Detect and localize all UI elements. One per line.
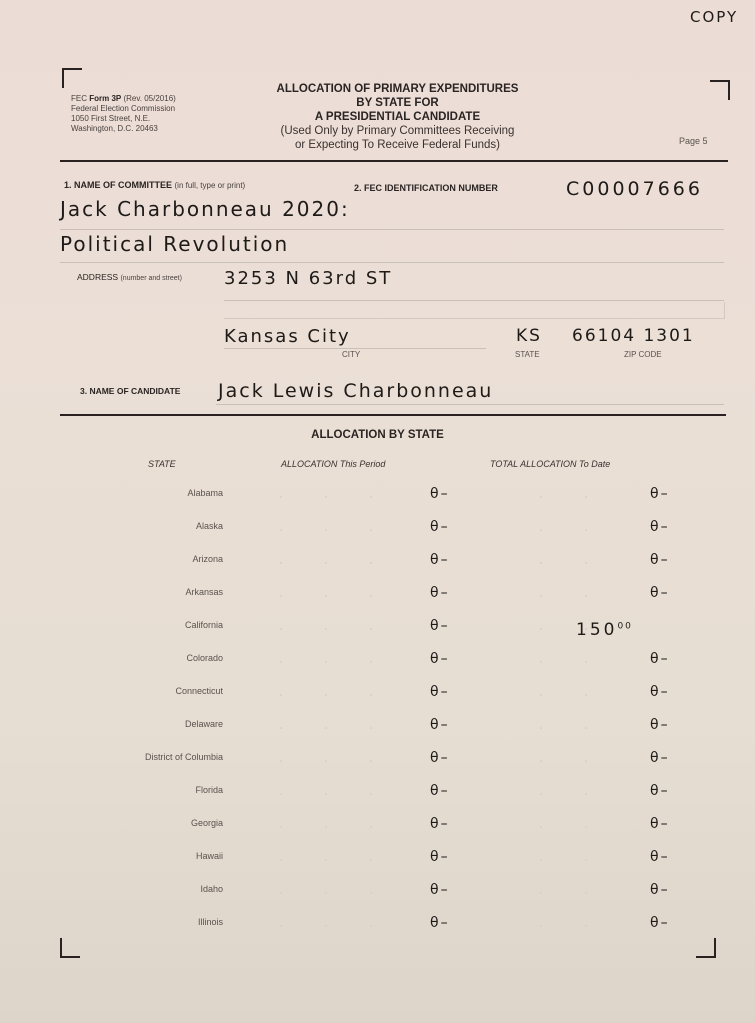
table-row: Coloradoθ–θ– (0, 653, 755, 686)
leader-dot (280, 496, 282, 498)
state-name: District of Columbia (145, 752, 223, 762)
total-allocation-to-date-field[interactable]: θ– (650, 717, 670, 733)
address-line-2-field[interactable] (224, 302, 725, 319)
leader-dot (325, 826, 327, 828)
leader-dot (325, 925, 327, 927)
leader-dot (585, 595, 587, 597)
table-row: Delawareθ–θ– (0, 719, 755, 752)
allocation-this-period-field[interactable]: θ– (430, 849, 450, 865)
total-allocation-to-date-field[interactable]: θ– (650, 882, 670, 898)
leader-dot (370, 826, 372, 828)
state-name: Idaho (200, 884, 223, 894)
title-line-1: ALLOCATION OF PRIMARY EXPENDITURES (240, 82, 555, 96)
form-identification: FEC Form 3P (Rev. 05/2016) Federal Elect… (71, 94, 176, 134)
leader-dot (540, 892, 542, 894)
form-agency: Federal Election Commission (71, 104, 176, 114)
leader-dot (370, 892, 372, 894)
table-row: Georgiaθ–θ– (0, 818, 755, 851)
state-name: Hawaii (196, 851, 223, 861)
leader-dot (370, 727, 372, 729)
allocation-this-period-field[interactable]: θ– (430, 651, 450, 667)
leader-dot (540, 859, 542, 861)
leader-dot (540, 694, 542, 696)
leader-dot (585, 562, 587, 564)
table-row: Hawaiiθ–θ– (0, 851, 755, 884)
title-line-4: (Used Only by Primary Committees Receivi… (240, 124, 555, 138)
leader-dot (280, 694, 282, 696)
leader-dot (325, 694, 327, 696)
state-name: Arizona (192, 554, 223, 564)
corner-mark-top-left (62, 68, 82, 88)
committee-name-field-line-1[interactable]: Jack Charbonneau 2020: (60, 197, 350, 221)
leader-dot (370, 859, 372, 861)
table-row: Floridaθ–θ– (0, 785, 755, 818)
total-allocation-to-date-field[interactable]: θ– (650, 651, 670, 667)
state-field[interactable]: KS (516, 326, 542, 346)
leader-dot (280, 529, 282, 531)
state-name: Alaska (196, 521, 223, 531)
leader-dot (585, 859, 587, 861)
leader-dot (280, 595, 282, 597)
leader-dot (280, 760, 282, 762)
leader-dot (540, 826, 542, 828)
leader-dot (280, 859, 282, 861)
address-rule (224, 300, 724, 301)
form-street: 1050 First Street, N.E. (71, 114, 176, 124)
allocation-this-period-field[interactable]: θ– (430, 882, 450, 898)
column-header-state: STATE (148, 459, 176, 469)
total-allocation-to-date-field[interactable]: θ– (650, 552, 670, 568)
leader-dot (370, 496, 372, 498)
leader-dot (540, 595, 542, 597)
leader-dot (585, 760, 587, 762)
section-divider (60, 414, 726, 416)
table-row: Connecticutθ–θ– (0, 686, 755, 719)
table-row: District of Columbiaθ–θ– (0, 752, 755, 785)
form-title: ALLOCATION OF PRIMARY EXPENDITURES BY ST… (240, 82, 555, 152)
leader-dot (370, 925, 372, 927)
leader-dot (585, 826, 587, 828)
leader-dot (585, 727, 587, 729)
state-name: California (185, 620, 223, 630)
column-header-total-allocation-to-date: TOTAL ALLOCATION To Date (490, 459, 610, 469)
total-allocation-to-date-field[interactable]: 15000 (576, 620, 633, 640)
form-name: Form 3P (89, 94, 121, 103)
table-row: Arkansasθ–θ– (0, 587, 755, 620)
leader-dot (325, 892, 327, 894)
city-label: CITY (342, 350, 360, 359)
allocation-this-period-field[interactable]: θ– (430, 915, 450, 931)
leader-dot (280, 925, 282, 927)
total-allocation-to-date-field[interactable]: θ– (650, 783, 670, 799)
table-row: Arizonaθ–θ– (0, 554, 755, 587)
city-field[interactable]: Kansas City (224, 326, 351, 347)
leader-dot (325, 661, 327, 663)
leader-dot (280, 661, 282, 663)
leader-dot (540, 628, 542, 630)
candidate-rule (216, 404, 724, 405)
leader-dot (325, 727, 327, 729)
committee-line-1-rule (60, 229, 724, 230)
leader-dot (585, 496, 587, 498)
leader-dot (540, 760, 542, 762)
column-header-allocation-this-period: ALLOCATION This Period (281, 459, 385, 469)
leader-dot (540, 727, 542, 729)
leader-dot (370, 628, 372, 630)
title-line-5: or Expecting To Receive Federal Funds) (240, 138, 555, 152)
header-divider (60, 160, 728, 162)
state-name: Florida (195, 785, 223, 795)
copy-mark: COPY (690, 8, 738, 26)
allocation-this-period-field[interactable]: θ– (430, 750, 450, 766)
form-revision: (Rev. 05/2016) (123, 94, 175, 103)
state-label: STATE (515, 350, 540, 359)
address-field[interactable]: 3253 N 63rd ST (224, 268, 392, 289)
leader-dot (540, 496, 542, 498)
leader-dot (280, 892, 282, 894)
total-allocation-to-date-field[interactable]: θ– (650, 816, 670, 832)
committee-name-field-line-2[interactable]: Political Revolution (60, 232, 289, 256)
committee-line-2-rule (60, 262, 724, 263)
total-allocation-to-date-field[interactable]: θ– (650, 585, 670, 601)
fec-id-field[interactable]: C00007666 (566, 178, 703, 200)
state-name: Georgia (191, 818, 223, 828)
leader-dot (280, 562, 282, 564)
leader-dot (370, 529, 372, 531)
leader-dot (585, 529, 587, 531)
state-name: Delaware (185, 719, 223, 729)
leader-dot (280, 628, 282, 630)
leader-dot (585, 694, 587, 696)
candidate-name-field[interactable]: Jack Lewis Charbonneau (218, 380, 493, 402)
state-name: Illinois (198, 917, 223, 927)
table-row: Idahoθ–θ– (0, 884, 755, 917)
state-name: Connecticut (175, 686, 223, 696)
page-number: Page 5 (679, 136, 708, 146)
leader-dot (280, 826, 282, 828)
total-allocation-to-date-field[interactable]: θ– (650, 750, 670, 766)
state-name: Colorado (186, 653, 223, 663)
leader-dot (280, 727, 282, 729)
total-allocation-to-date-field[interactable]: θ– (650, 849, 670, 865)
leader-dot (370, 661, 372, 663)
leader-dot (585, 793, 587, 795)
leader-dot (540, 661, 542, 663)
allocation-this-period-field[interactable]: θ– (430, 783, 450, 799)
leader-dot (585, 661, 587, 663)
leader-dot (540, 793, 542, 795)
total-allocation-to-date-field[interactable]: θ– (650, 684, 670, 700)
allocation-this-period-field[interactable]: θ– (430, 486, 450, 502)
allocation-this-period-field[interactable]: θ– (430, 552, 450, 568)
candidate-name-label: 3. NAME OF CANDIDATE (80, 386, 180, 396)
leader-dot (325, 793, 327, 795)
total-allocation-to-date-field[interactable]: θ– (650, 915, 670, 931)
table-row: Californiaθ–15000 (0, 620, 755, 653)
corner-mark-top-right (710, 80, 730, 100)
leader-dot (585, 925, 587, 927)
leader-dot (325, 760, 327, 762)
leader-dot (370, 562, 372, 564)
zip-code-label: ZIP CODE (624, 350, 662, 359)
leader-dot (325, 529, 327, 531)
leader-dot (325, 628, 327, 630)
city-rule (224, 348, 486, 349)
title-line-3: A PRESIDENTIAL CANDIDATE (240, 110, 555, 124)
zip-code-field[interactable]: 66104 1301 (572, 326, 695, 346)
state-name: Alabama (187, 488, 223, 498)
form-prefix: FEC (71, 94, 87, 103)
address-label: ADDRESS (number and street) (77, 272, 182, 282)
leader-dot (325, 859, 327, 861)
allocation-this-period-field[interactable]: θ– (430, 816, 450, 832)
leader-dot (280, 793, 282, 795)
committee-name-label: 1. NAME OF COMMITTEE (in full, type or p… (64, 180, 245, 190)
allocation-section-title: ALLOCATION BY STATE (0, 429, 755, 441)
total-allocation-to-date-field[interactable]: θ– (650, 486, 670, 502)
leader-dot (370, 694, 372, 696)
title-line-2: BY STATE FOR (240, 96, 555, 110)
state-name: Arkansas (185, 587, 223, 597)
leader-dot (325, 496, 327, 498)
allocation-this-period-field[interactable]: θ– (430, 519, 450, 535)
leader-dot (325, 562, 327, 564)
leader-dot (540, 925, 542, 927)
table-row: Alabamaθ–θ– (0, 488, 755, 521)
table-row: Illinoisθ–θ– (0, 917, 755, 950)
allocation-this-period-field[interactable]: θ– (430, 684, 450, 700)
leader-dot (370, 793, 372, 795)
leader-dot (585, 892, 587, 894)
form-city-line: Washington, D.C. 20463 (71, 124, 176, 134)
table-row: Alaskaθ–θ– (0, 521, 755, 554)
fec-id-label: 2. FEC IDENTIFICATION NUMBER (354, 183, 498, 193)
leader-dot (325, 595, 327, 597)
allocation-this-period-field[interactable]: θ– (430, 717, 450, 733)
leader-dot (370, 595, 372, 597)
total-allocation-to-date-field[interactable]: θ– (650, 519, 670, 535)
leader-dot (540, 529, 542, 531)
allocation-this-period-field[interactable]: θ– (430, 618, 450, 634)
allocation-this-period-field[interactable]: θ– (430, 585, 450, 601)
leader-dot (370, 760, 372, 762)
leader-dot (540, 562, 542, 564)
